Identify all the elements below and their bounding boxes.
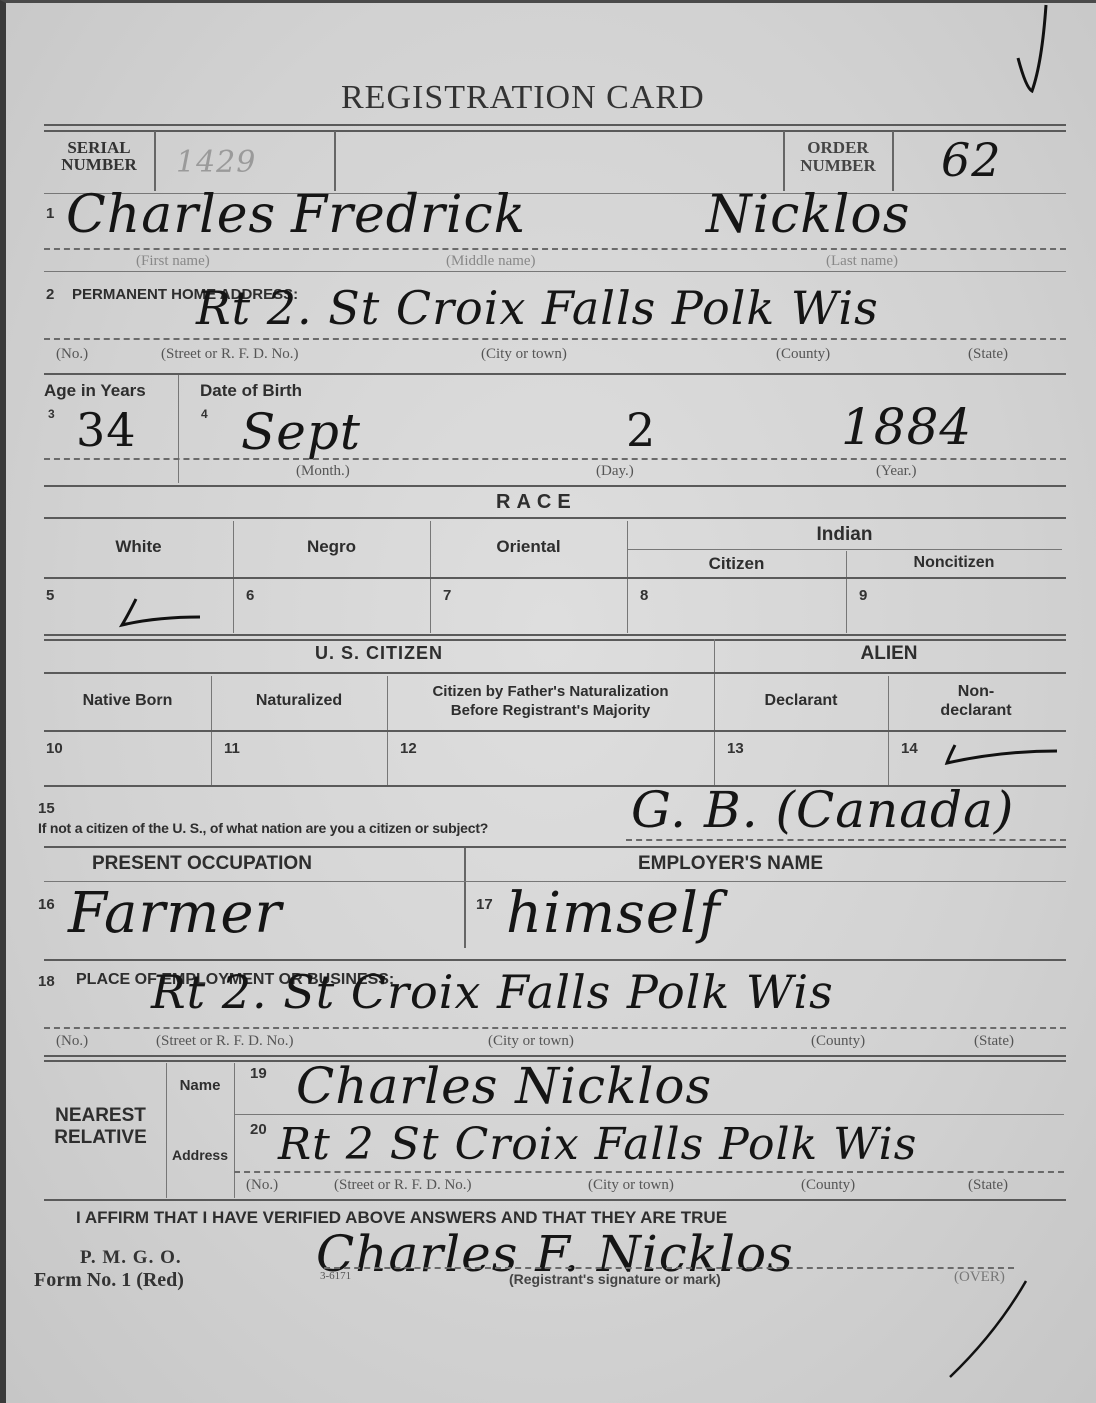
field-9-number: 9: [859, 587, 867, 604]
alien-heading: ALIEN: [714, 643, 1064, 665]
field-11-number: 11: [224, 740, 240, 757]
race-oriental-label: Oriental: [430, 537, 627, 557]
declarant-label: Declarant: [714, 692, 888, 710]
field-18-number: 18: [38, 973, 55, 990]
middle-name-value: Fredrick: [291, 185, 526, 245]
check-mark-icon: [1012, 3, 1052, 98]
form-number-label: Form No. 1 (Red): [34, 1269, 184, 1292]
field-10-number: 10: [46, 740, 63, 757]
field-19-number: 19: [250, 1065, 267, 1082]
nearest-relative-line2: RELATIVE: [38, 1127, 163, 1149]
relative-address-label: Address: [166, 1147, 234, 1163]
nation-question: If not a citizen of the U. S., of what n…: [38, 820, 488, 836]
place-of-employment-value: Rt 2. St Croix Falls Polk Wis: [151, 965, 834, 1019]
home-address-caption-county: (County): [776, 346, 830, 363]
middle-name-caption: (Middle name): [446, 253, 536, 270]
nondeclarant-label: Non- declarant: [888, 682, 1064, 720]
birth-month-caption: (Month.): [296, 463, 350, 480]
order-number-label: ORDER NUMBER: [784, 139, 892, 175]
father-naturalization-line2: Before Registrant's Majority: [387, 701, 714, 720]
occupation-heading: PRESENT OCCUPATION: [92, 853, 312, 875]
relative-caption-state: (State): [968, 1177, 1008, 1194]
nondeclarant-line1: Non-: [888, 682, 1064, 701]
nation-value: G. B. (Canada): [631, 781, 1014, 839]
nearest-relative-line1: NEAREST: [38, 1105, 163, 1127]
employment-caption-no: (No.): [56, 1033, 88, 1050]
signature-tail-stroke-icon: [936, 1273, 1036, 1388]
field-1-number: 1: [46, 205, 54, 222]
field-16-number: 16: [38, 896, 55, 913]
birth-month-value: Sept: [241, 403, 361, 461]
field-3-number: 3: [48, 407, 55, 421]
native-born-label: Native Born: [44, 692, 211, 710]
order-label-line2: NUMBER: [784, 157, 892, 175]
home-address-caption-street: (Street or R. F. D. No.): [161, 346, 299, 363]
nearest-relative-label: NEAREST RELATIVE: [38, 1105, 163, 1149]
field-20-number: 20: [250, 1121, 267, 1138]
serial-label-line2: NUMBER: [44, 156, 154, 173]
relative-caption-street: (Street or R. F. D. No.): [334, 1177, 472, 1194]
first-name-value: Charles: [66, 185, 276, 245]
nondeclarant-line2: declarant: [888, 701, 1064, 720]
race-indian-noncitizen-label: Noncitizen: [846, 554, 1062, 572]
order-number-value: 62: [941, 133, 1002, 187]
relative-address-value: Rt 2 St Croix Falls Polk Wis: [278, 1119, 917, 1170]
field-6-number: 6: [246, 587, 254, 604]
employment-caption-city: (City or town): [488, 1033, 574, 1050]
field-17-number: 17: [476, 896, 493, 913]
field-13-number: 13: [727, 740, 744, 757]
employer-value: himself: [506, 881, 721, 946]
occupation-value: Farmer: [68, 881, 282, 946]
race-white-label: White: [44, 537, 233, 557]
first-name-caption: (First name): [136, 253, 210, 270]
birth-year-value: 1884: [841, 398, 972, 456]
age-label: Age in Years: [44, 381, 146, 401]
field-12-number: 12: [400, 740, 417, 757]
field-2-number: 2: [46, 286, 54, 303]
signature-caption: (Registrant's signature or mark): [509, 1271, 721, 1287]
serial-number-value: 1429: [176, 145, 256, 180]
employer-heading: EMPLOYER'S NAME: [638, 853, 823, 875]
naturalized-label: Naturalized: [211, 692, 387, 710]
employment-caption-county: (County): [811, 1033, 865, 1050]
registration-card: REGISTRATION CARD SERIAL NUMBER 1429 ORD…: [0, 0, 1096, 1403]
birth-day-caption: (Day.): [596, 463, 634, 480]
relative-name-value: Charles Nicklos: [296, 1057, 712, 1115]
field-8-number: 8: [640, 587, 648, 604]
birth-year-caption: (Year.): [876, 463, 917, 480]
serial-number-label: SERIAL NUMBER: [44, 139, 154, 173]
race-indian-heading: Indian: [627, 524, 1062, 546]
serial-label-line1: SERIAL: [44, 139, 154, 156]
field-5-number: 5: [46, 587, 54, 604]
employment-caption-street: (Street or R. F. D. No.): [156, 1033, 294, 1050]
last-name-caption: (Last name): [826, 253, 898, 270]
relative-caption-city: (City or town): [588, 1177, 674, 1194]
race-indian-citizen-label: Citizen: [627, 554, 846, 574]
print-code: 3-6171: [320, 1270, 351, 1282]
relative-caption-county: (County): [801, 1177, 855, 1194]
field-15-number: 15: [38, 800, 55, 817]
order-label-line1: ORDER: [784, 139, 892, 157]
age-value: 34: [76, 403, 137, 457]
home-address-value: Rt 2. St Croix Falls Polk Wis: [196, 281, 879, 335]
race-heading: RACE: [496, 491, 577, 514]
field-4-number: 4: [201, 407, 208, 421]
us-citizen-heading: U. S. CITIZEN: [44, 643, 714, 664]
pmgo-label: P. M. G. O.: [80, 1247, 182, 1269]
race-white-checkmark-icon: [116, 595, 206, 636]
last-name-value: Nicklos: [706, 185, 910, 245]
home-address-caption-city: (City or town): [481, 346, 567, 363]
nondeclarant-checkmark-icon: [941, 741, 1061, 776]
father-naturalization-label: Citizen by Father's Naturalization Befor…: [387, 682, 714, 720]
home-address-caption-no: (No.): [56, 346, 88, 363]
race-negro-label: Negro: [233, 537, 430, 557]
birth-date-label: Date of Birth: [200, 381, 302, 401]
relative-name-label: Name: [166, 1077, 234, 1094]
home-address-caption-state: (State): [968, 346, 1008, 363]
field-7-number: 7: [443, 587, 451, 604]
father-naturalization-line1: Citizen by Father's Naturalization: [387, 682, 714, 701]
card-title: REGISTRATION CARD: [341, 79, 705, 117]
birth-day-value: 2: [626, 403, 656, 457]
employment-caption-state: (State): [974, 1033, 1014, 1050]
relative-caption-no: (No.): [246, 1177, 278, 1194]
field-14-number: 14: [901, 740, 918, 757]
